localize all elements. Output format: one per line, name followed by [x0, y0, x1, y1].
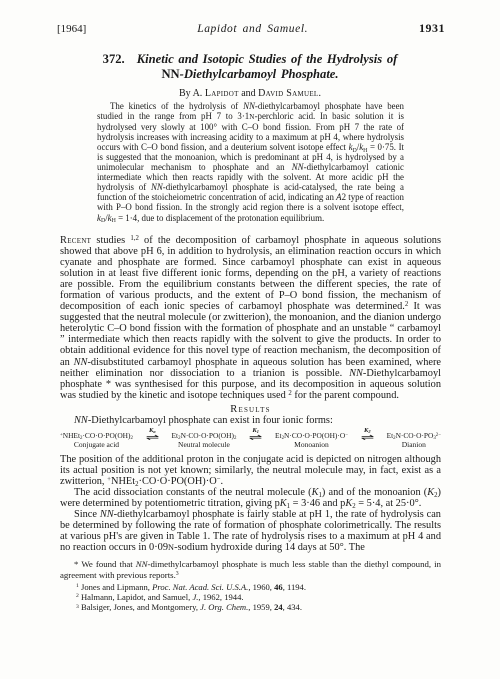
article-title-line2: NN-Diethylcarbamoyl Phosphate. — [40, 67, 460, 82]
species-monoanion: Et2N·CO·O·PO(OH)·O− Monoanion — [275, 432, 348, 450]
article-number: 372. — [103, 52, 125, 66]
issue-year: [1964] — [57, 23, 86, 35]
article-title-line1: 372.Kinetic and Isotopic Studies of the … — [40, 52, 460, 67]
reference-2: 2 Halmann, Lapidot, and Samuel, J., 1962… — [60, 592, 441, 602]
equilibrium-arrow-k2: K2 ⇌ — [363, 428, 372, 442]
results-heading: Results — [60, 404, 441, 415]
page-header: [1964] Lapidot and Samuel. 1931 — [57, 21, 445, 36]
results-paragraph-4: Since NN-diethylcarbamoyl phosphate is f… — [60, 509, 441, 553]
equilibrium-arrow-icon: ⇌ — [145, 434, 159, 442]
equilibrium-arrow-k1: K1 ⇌ — [251, 428, 260, 442]
article-title-block: 372.Kinetic and Isotopic Studies of the … — [40, 52, 460, 99]
main-text-column: Recent studies 1,2 of the decomposition … — [60, 235, 441, 612]
results-paragraph-2: The position of the additional proton in… — [60, 454, 441, 487]
neutral-molecule-formula: Et2N·CO·O·PO(OH)2 — [172, 432, 237, 441]
results-intro-paragraph: NN-Diethylcarbamoyl phosphate can exist … — [60, 415, 441, 426]
equilibrium-arrow-icon: ⇌ — [249, 434, 263, 442]
reference-1: 1 Jones and Lipmann, Proc. Nat. Acad. Sc… — [60, 582, 441, 592]
results-paragraph-3: The acid dissociation constants of the n… — [60, 487, 441, 509]
species-dianion: Et2N·CO·O·PO32− Dianion — [387, 432, 441, 450]
equilibrium-arrow-icon: ⇌ — [360, 434, 374, 442]
monoanion-formula: Et2N·CO·O·PO(OH)·O− — [275, 432, 348, 441]
page-number: 1931 — [419, 21, 445, 36]
conjugate-acid-formula: +NHEt2·CO·O·PO(OH)2 — [60, 432, 133, 441]
dianion-label: Dianion — [402, 441, 426, 450]
dianion-formula: Et2N·CO·O·PO32− — [387, 432, 441, 441]
abstract-paragraph: The kinetics of the hydrolysis of NN-die… — [97, 101, 404, 223]
body-paragraph-1: Recent studies 1,2 of the decomposition … — [60, 235, 441, 401]
species-conjugate-acid: +NHEt2·CO·O·PO(OH)2 Conjugate acid — [60, 432, 133, 450]
running-title: Lapidot and Samuel. — [197, 23, 308, 35]
article-title-text: Kinetic and Isotopic Studies of the Hydr… — [137, 52, 398, 66]
equilibrium-arrow-ka: Ka ⇌ — [148, 428, 157, 442]
reference-list: 1 Jones and Lipmann, Proc. Nat. Acad. Sc… — [60, 582, 441, 613]
species-neutral-molecule: Et2N·CO·O·PO(OH)2 Neutral molecule — [172, 432, 237, 450]
ionic-forms-equation: +NHEt2·CO·O·PO(OH)2 Conjugate acid Ka ⇌ … — [60, 432, 441, 450]
journal-page: [1964] Lapidot and Samuel. 1931 372.Kine… — [0, 0, 500, 679]
neutral-molecule-label: Neutral molecule — [178, 441, 230, 450]
footnote: * We found that NN-dimethylcarbamoyl pho… — [60, 559, 441, 579]
byline: By A. Lapidot and David Samuel. — [40, 88, 460, 99]
reference-3: 3 Balsiger, Jones, and Montgomery, J. Or… — [60, 602, 441, 612]
conjugate-acid-label: Conjugate acid — [74, 441, 119, 450]
monoanion-label: Monoanion — [294, 441, 329, 450]
